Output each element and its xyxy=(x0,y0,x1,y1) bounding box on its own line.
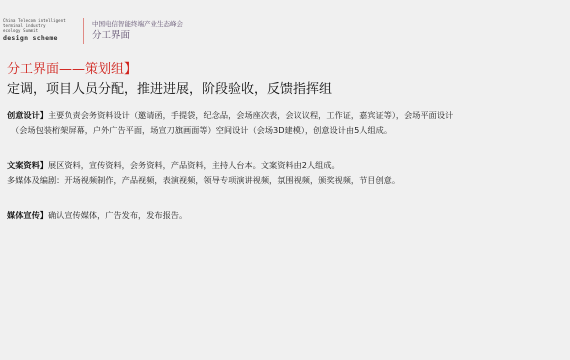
brand-line: ecology Summit xyxy=(3,28,77,33)
section-text: 主要负责会务资料设计（邀请函，手提袋，纪念品，会场座次表，会议议程，工作证，嘉宾… xyxy=(48,110,453,120)
page-title: 分工界面——策划组】 xyxy=(7,62,137,78)
section-text: 确认宣传媒体，广告发布，发布报告。 xyxy=(48,210,187,220)
section-label: 媒体宣传】 xyxy=(7,210,48,220)
section-text: 展区资料，宣传资料，会务资料，产品资料，主持人台本。文案资料由2人组成。 xyxy=(48,160,340,170)
summit-name: 中国电信智能终端产业生态峰会 xyxy=(92,20,183,29)
section-creative-design: 创意设计】主要负责会务资料设计（邀请函，手提袋，纪念品，会场座次表，会议议程，工… xyxy=(7,108,453,138)
section-name: 分工界面 xyxy=(92,30,183,42)
header: China Telecom intelligent terminal indus… xyxy=(3,18,183,48)
section-line: 文案资料】展区资料，宣传资料，会务资料，产品资料，主持人台本。文案资料由2人组成… xyxy=(7,158,400,173)
page-subtitle: 定调，项目人员分配，推进进展，阶段验收，反馈指挥组 xyxy=(7,81,332,98)
section-line: 创意设计】主要负责会务资料设计（邀请函，手提袋，纪念品，会场座次表，会议议程，工… xyxy=(7,108,453,123)
brand-scheme: design scheme xyxy=(3,34,77,43)
section-label: 文案资料】 xyxy=(7,160,48,170)
section-line: 多媒体及编剧：开场视频制作，产品视频，表演视频，领导专项演讲视频，氛围视频，颁奖… xyxy=(7,173,400,188)
header-divider xyxy=(83,18,84,44)
section-line: （会场包装桁架屏幕，户外广告平面，场宣刀旗画面等）空间设计（会场3D建模），创意… xyxy=(7,123,453,138)
header-titles: 中国电信智能终端产业生态峰会 分工界面 xyxy=(92,18,183,42)
section-label: 创意设计】 xyxy=(7,110,48,120)
brand-block: China Telecom intelligent terminal indus… xyxy=(3,18,77,43)
section-copywriting: 文案资料】展区资料，宣传资料，会务资料，产品资料，主持人台本。文案资料由2人组成… xyxy=(7,158,400,188)
section-media-promotion: 媒体宣传】确认宣传媒体，广告发布，发布报告。 xyxy=(7,208,187,223)
section-line: 媒体宣传】确认宣传媒体，广告发布，发布报告。 xyxy=(7,208,187,223)
